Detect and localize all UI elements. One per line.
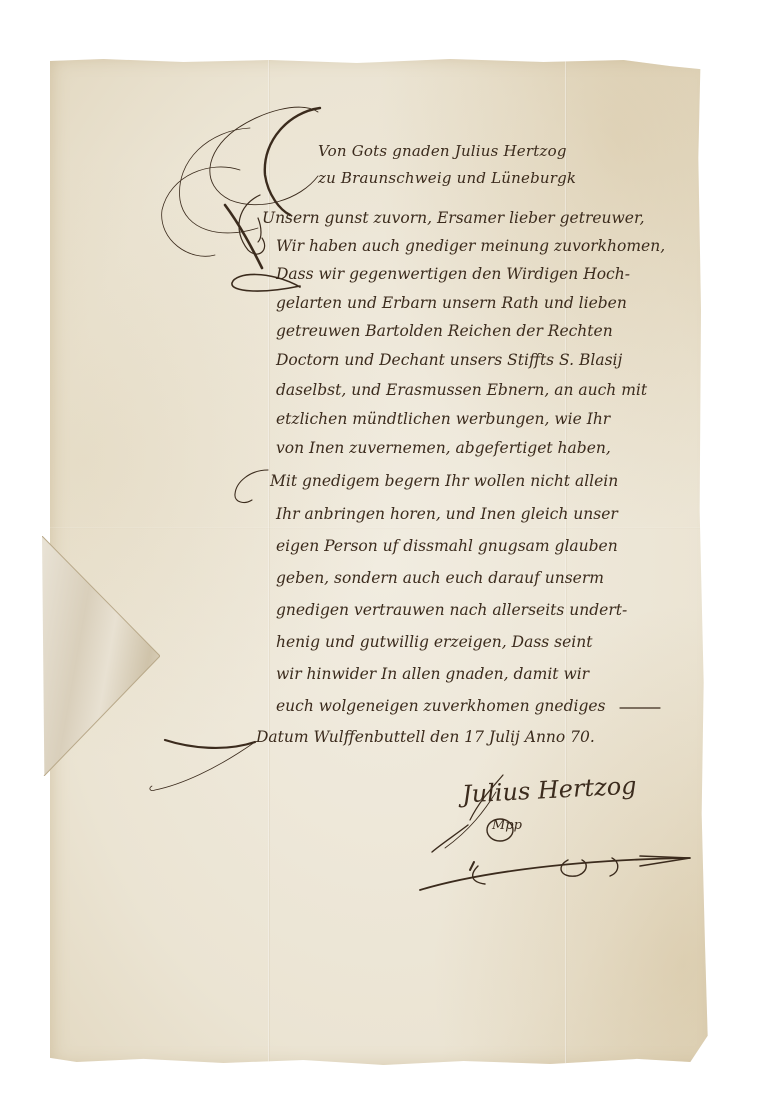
body-line: geben, sondern auch euch darauf unserm xyxy=(276,569,604,587)
body-line: henig und gutwillig erzeigen, Dass seint xyxy=(276,633,592,651)
photo-stage: Von Gots gnaden Julius Hertzog zu Brauns… xyxy=(0,0,768,1112)
body-line: gelarten und Erbarn unsern Rath und lieb… xyxy=(276,294,627,312)
heading-line-territory: zu Braunschweig und Lüneburgk xyxy=(318,165,576,192)
body-line: Ihr anbringen horen, und Inen gleich uns… xyxy=(276,505,618,523)
body-line: etzlichen mündtlichen werbungen, wie Ihr xyxy=(276,410,610,428)
heading-line-title: Von Gots gnaden Julius Hertzog xyxy=(318,138,576,165)
body-line: Doctorn und Dechant unsers Stiffts S. Bl… xyxy=(276,351,622,369)
signature-mark: Mpp xyxy=(492,818,522,833)
body-line: euch wolgeneigen zuverkhomen gnediges xyxy=(276,697,606,715)
horizontal-fold-crease xyxy=(50,527,717,529)
body-line: eigen Person uf dissmahl gnugsam glauben xyxy=(276,537,618,555)
body-line: Dass wir gegenwertigen den Wirdigen Hoch… xyxy=(276,265,630,283)
body-line: getreuwen Bartolden Reichen der Rechten xyxy=(276,322,613,340)
body-line: gnedigen vertrauwen nach allerseits unde… xyxy=(276,601,627,619)
body-line: daselbst, und Erasmussen Ebnern, an auch… xyxy=(276,381,647,399)
body-line: von Inen zuvernemen, abgefertiget haben, xyxy=(276,439,611,457)
flap-edge-outline xyxy=(42,536,160,776)
body-line: Wir haben auch gnediger meinung zuvorkho… xyxy=(276,237,665,255)
body-line: Mit gnedigem begern Ihr wollen nicht all… xyxy=(270,472,618,490)
letter-heading: Von Gots gnaden Julius Hertzog zu Brauns… xyxy=(318,138,576,192)
body-line: Unsern gunst zuvorn, Ersamer lieber getr… xyxy=(262,209,645,227)
dateline: Datum Wulffenbuttell den 17 Julij Anno 7… xyxy=(256,728,595,746)
body-line: wir hinwider In allen gnaden, damit wir xyxy=(276,665,589,683)
